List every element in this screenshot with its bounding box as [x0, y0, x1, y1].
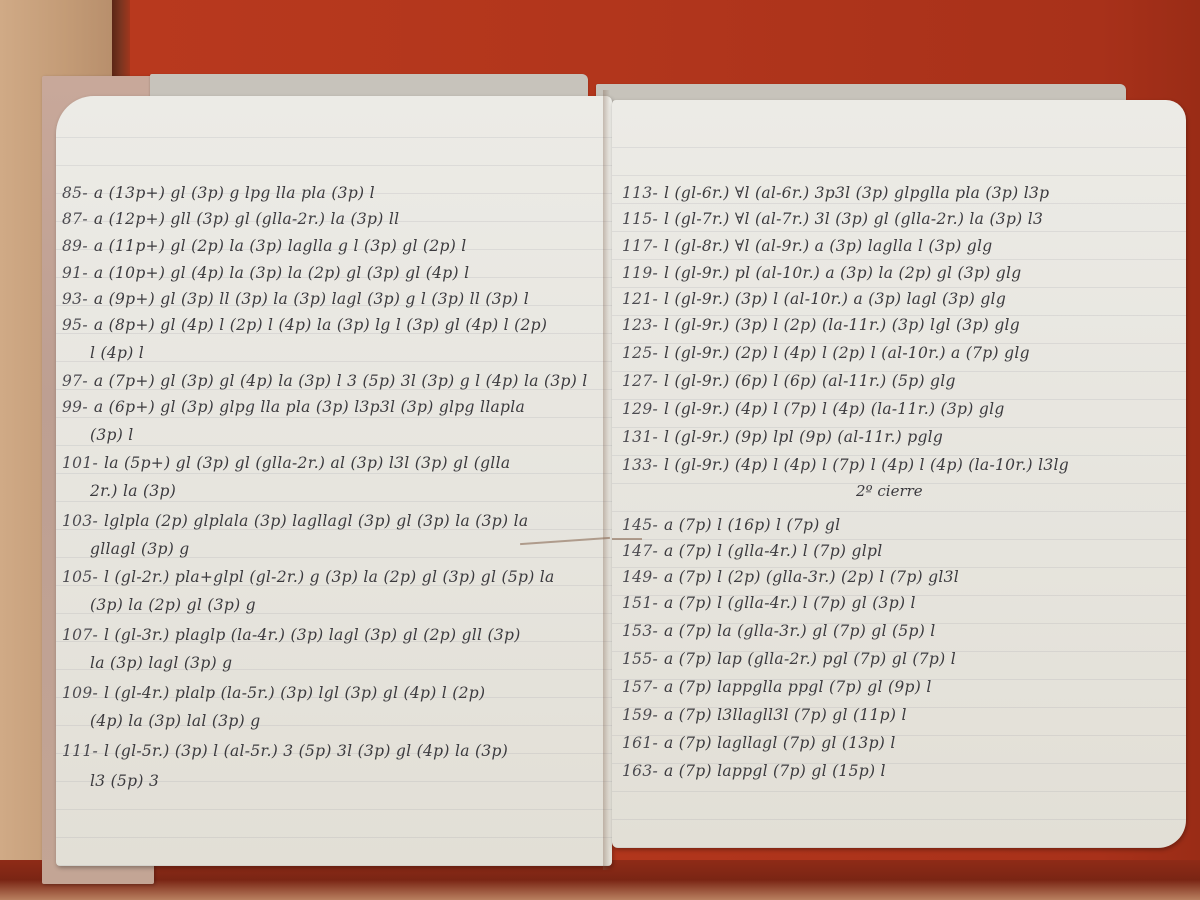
row-instructions: la (5p+) gl (3p) gl (glla-2r.) al (3p) l…	[104, 454, 510, 472]
row-number: 111-	[62, 742, 98, 760]
row-number: 119-	[622, 264, 658, 282]
row-instructions: a (8p+) gl (4p) l (2p) l (4p) la (3p) lg…	[94, 316, 547, 334]
row-number: 87-	[62, 210, 88, 228]
pattern-row: 105-l (gl-2r.) pla+glpl (gl-2r.) g (3p) …	[62, 568, 555, 586]
row-instructions: a (7p) lappglla ppgl (7p) gl (9p) l	[664, 678, 932, 696]
row-instructions: l (gl-9r.) pl (al-10r.) a (3p) la (2p) g…	[664, 264, 1021, 282]
pattern-row: (3p) la (2p) gl (3p) g	[84, 596, 256, 614]
row-instructions: l (gl-9r.) (6p) l (6p) (al-11r.) (5p) gl…	[664, 372, 956, 390]
pattern-row: 85-a (13p+) gl (3p) g lpg lla pla (3p) l	[62, 184, 375, 202]
pattern-row: gllagl (3p) g	[84, 540, 190, 558]
pattern-row: 113-l (gl-6r.) ∀l (al-6r.) 3p3l (3p) glp…	[622, 184, 1049, 202]
pattern-row: 95-a (8p+) gl (4p) l (2p) l (4p) la (3p)…	[62, 316, 547, 334]
pattern-row: 107-l (gl-3r.) plaglp (la-4r.) (3p) lagl…	[62, 626, 521, 644]
pattern-row: 145-a (7p) l (16p) l (7p) gl	[622, 516, 840, 534]
row-number: 127-	[622, 372, 658, 390]
row-number: 105-	[62, 568, 98, 586]
row-instructions: l (gl-5r.) (3p) l (al-5r.) 3 (5p) 3l (3p…	[104, 742, 508, 760]
row-instructions: a (9p+) gl (3p) ll (3p) la (3p) lagl (3p…	[94, 290, 529, 308]
row-instructions: l (gl-9r.) (4p) l (4p) l (7p) l (4p) l (…	[664, 456, 1069, 474]
row-instructions: l (gl-9r.) (9p) lpl (9p) (al-11r.) pglg	[664, 428, 943, 446]
pattern-row: 163-a (7p) lappgl (7p) gl (15p) l	[622, 762, 886, 780]
row-instructions: l (gl-8r.) ∀l (al-9r.) a (3p) laglla l (…	[664, 237, 992, 255]
row-instructions: a (7p) lap (glla-2r.) pgl (7p) gl (7p) l	[664, 650, 956, 668]
row-instructions: l (gl-3r.) plaglp (la-4r.) (3p) lagl (3p…	[104, 626, 521, 644]
row-instructions: l (4p) l	[90, 344, 144, 362]
row-number: 89-	[62, 237, 88, 255]
row-number: 129-	[622, 400, 658, 418]
row-instructions: l (gl-9r.) (2p) l (4p) l (2p) l (al-10r.…	[664, 344, 1030, 362]
pattern-row: 151-a (7p) l (glla-4r.) l (7p) gl (3p) l	[622, 594, 916, 612]
row-number: 157-	[622, 678, 658, 696]
row-number: 131-	[622, 428, 658, 446]
row-instructions: a (7p) lappgl (7p) gl (15p) l	[664, 762, 886, 780]
row-number: 147-	[622, 542, 658, 560]
pattern-row: 149-a (7p) l (2p) (glla-3r.) (2p) l (7p)…	[622, 568, 959, 586]
row-number: 155-	[622, 650, 658, 668]
section-annotation: 2º cierre	[856, 482, 923, 500]
row-instructions: a (11p+) gl (2p) la (3p) laglla g l (3p)…	[94, 237, 467, 255]
row-number: 123-	[622, 316, 658, 334]
row-instructions: a (7p) l (glla-4r.) l (7p) gl (3p) l	[664, 594, 916, 612]
row-instructions: a (12p+) gll (3p) gl (glla-2r.) la (3p) …	[94, 210, 399, 228]
pattern-row: 115-l (gl-7r.) ∀l (al-7r.) 3l (3p) gl (g…	[622, 210, 1043, 228]
pattern-row: 111-l (gl-5r.) (3p) l (al-5r.) 3 (5p) 3l…	[62, 742, 508, 760]
pattern-row: 89-a (11p+) gl (2p) la (3p) laglla g l (…	[62, 237, 467, 255]
row-instructions: l (gl-7r.) ∀l (al-7r.) 3l (3p) gl (glla-…	[664, 210, 1043, 228]
row-instructions: l (gl-6r.) ∀l (al-6r.) 3p3l (3p) glpglla…	[664, 184, 1049, 202]
row-number: 113-	[622, 184, 658, 202]
row-number: 121-	[622, 290, 658, 308]
row-number: 109-	[62, 684, 98, 702]
row-number: 149-	[622, 568, 658, 586]
row-number: 159-	[622, 706, 658, 724]
pattern-row: 103-lglpla (2p) glplala (3p) lagllagl (3…	[62, 512, 528, 530]
pattern-row: 97-a (7p+) gl (3p) gl (4p) la (3p) l 3 (…	[62, 372, 588, 390]
pattern-row: 133-l (gl-9r.) (4p) l (4p) l (7p) l (4p)…	[622, 456, 1069, 474]
pattern-row: 121-l (gl-9r.) (3p) l (al-10r.) a (3p) l…	[622, 290, 1006, 308]
pattern-row: l (4p) l	[84, 344, 144, 362]
pattern-row: 159-a (7p) l3llagll3l (7p) gl (11p) l	[622, 706, 907, 724]
row-number: 85-	[62, 184, 88, 202]
pattern-row: l3 (5p) 3	[84, 772, 159, 790]
row-instructions: l (gl-9r.) (4p) l (7p) l (4p) (la-11r.) …	[664, 400, 1005, 418]
paper-tear	[612, 538, 642, 540]
pattern-row: (4p) la (3p) lal (3p) g	[84, 712, 260, 730]
pattern-row: 127-l (gl-9r.) (6p) l (6p) (al-11r.) (5p…	[622, 372, 956, 390]
pattern-row: 147-a (7p) l (glla-4r.) l (7p) glpl	[622, 542, 882, 560]
row-number: 91-	[62, 264, 88, 282]
row-number: 103-	[62, 512, 98, 530]
row-instructions: a (7p+) gl (3p) gl (4p) la (3p) l 3 (5p)…	[94, 372, 588, 390]
row-number: 99-	[62, 398, 88, 416]
row-instructions: a (7p) l3llagll3l (7p) gl (11p) l	[664, 706, 907, 724]
row-instructions: 2r.) la (3p)	[90, 482, 176, 500]
pattern-row: 155-a (7p) lap (glla-2r.) pgl (7p) gl (7…	[622, 650, 956, 668]
row-number: 95-	[62, 316, 88, 334]
row-instructions: (3p) la (2p) gl (3p) g	[90, 596, 256, 614]
row-number: 117-	[622, 237, 658, 255]
row-number: 97-	[62, 372, 88, 390]
notebook-spine	[603, 90, 615, 870]
row-number: 145-	[622, 516, 658, 534]
row-instructions: la (3p) lagl (3p) g	[90, 654, 232, 672]
pattern-row: 93-a (9p+) gl (3p) ll (3p) la (3p) lagl …	[62, 290, 529, 308]
pattern-row: (3p) l	[84, 426, 134, 444]
row-number: 153-	[622, 622, 658, 640]
pattern-row: 125-l (gl-9r.) (2p) l (4p) l (2p) l (al-…	[622, 344, 1030, 362]
pattern-row: 153-a (7p) la (glla-3r.) gl (7p) gl (5p)…	[622, 622, 936, 640]
pattern-row: 157-a (7p) lappglla ppgl (7p) gl (9p) l	[622, 678, 932, 696]
row-number: 101-	[62, 454, 98, 472]
pattern-row: 109-l (gl-4r.) plalp (la-5r.) (3p) lgl (…	[62, 684, 485, 702]
row-number: 163-	[622, 762, 658, 780]
row-instructions: (3p) l	[90, 426, 134, 444]
pattern-row: la (3p) lagl (3p) g	[84, 654, 232, 672]
pattern-row: 161-a (7p) lagllagl (7p) gl (13p) l	[622, 734, 896, 752]
row-number: 161-	[622, 734, 658, 752]
row-instructions: l (gl-9r.) (3p) l (al-10r.) a (3p) lagl …	[664, 290, 1006, 308]
row-instructions: (4p) la (3p) lal (3p) g	[90, 712, 260, 730]
pattern-row: 119-l (gl-9r.) pl (al-10r.) a (3p) la (2…	[622, 264, 1021, 282]
pattern-row: 101-la (5p+) gl (3p) gl (glla-2r.) al (3…	[62, 454, 510, 472]
row-instructions: l (gl-9r.) (3p) l (2p) (la-11r.) (3p) lg…	[664, 316, 1020, 334]
row-number: 107-	[62, 626, 98, 644]
pattern-row: 2r.) la (3p)	[84, 482, 176, 500]
row-instructions: a (7p) l (2p) (glla-3r.) (2p) l (7p) gl3…	[664, 568, 959, 586]
pattern-row: 117-l (gl-8r.) ∀l (al-9r.) a (3p) laglla…	[622, 237, 993, 255]
pattern-row: 99-a (6p+) gl (3p) glpg lla pla (3p) l3p…	[62, 398, 525, 416]
row-instructions: a (7p) la (glla-3r.) gl (7p) gl (5p) l	[664, 622, 936, 640]
row-number: 125-	[622, 344, 658, 362]
row-instructions: a (13p+) gl (3p) g lpg lla pla (3p) l	[94, 184, 375, 202]
pattern-row: 91-a (10p+) gl (4p) la (3p) la (2p) gl (…	[62, 264, 469, 282]
row-instructions: l3 (5p) 3	[90, 772, 159, 790]
row-instructions: l (gl-4r.) plalp (la-5r.) (3p) lgl (3p) …	[104, 684, 485, 702]
pattern-row: 87-a (12p+) gll (3p) gl (glla-2r.) la (3…	[62, 210, 399, 228]
row-instructions: a (7p) l (glla-4r.) l (7p) glpl	[664, 542, 882, 560]
row-number: 93-	[62, 290, 88, 308]
pattern-row: 123-l (gl-9r.) (3p) l (2p) (la-11r.) (3p…	[622, 316, 1020, 334]
pattern-row: 129-l (gl-9r.) (4p) l (7p) l (4p) (la-11…	[622, 400, 1005, 418]
row-number: 115-	[622, 210, 658, 228]
row-instructions: l (gl-2r.) pla+glpl (gl-2r.) g (3p) la (…	[104, 568, 555, 586]
row-instructions: gllagl (3p) g	[90, 540, 190, 558]
row-instructions: a (7p) l (16p) l (7p) gl	[664, 516, 840, 534]
row-number: 133-	[622, 456, 658, 474]
row-instructions: lglpla (2p) glplala (3p) lagllagl (3p) g…	[104, 512, 528, 530]
row-instructions: a (6p+) gl (3p) glpg lla pla (3p) l3p3l …	[94, 398, 525, 416]
row-number: 151-	[622, 594, 658, 612]
pattern-row: 131-l (gl-9r.) (9p) lpl (9p) (al-11r.) p…	[622, 428, 943, 446]
row-instructions: a (7p) lagllagl (7p) gl (13p) l	[664, 734, 896, 752]
table-edge	[0, 860, 1200, 900]
row-instructions: a (10p+) gl (4p) la (3p) la (2p) gl (3p)…	[94, 264, 469, 282]
